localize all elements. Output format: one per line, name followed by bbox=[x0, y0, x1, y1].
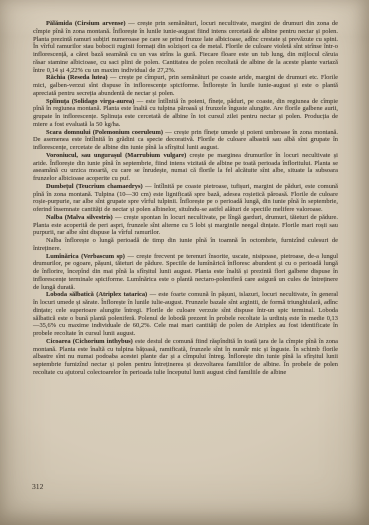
plant-paragraph: Splinuța (Solidago virga-aurea) — este î… bbox=[33, 98, 338, 129]
scanned-book-page: Pălămida (Cirsium arvense) — crește prin… bbox=[0, 0, 369, 525]
latin-name: (Atriplex tatarica) bbox=[96, 291, 147, 298]
plant-name: Voroniucul, sau ungurașul bbox=[46, 152, 122, 159]
latin-name: (Marrubium vulgare) bbox=[125, 152, 186, 159]
latin-name: (Teucrium chamaedrys) bbox=[76, 183, 143, 190]
plant-paragraph: Lumînărica (Verbascum sp) — crește frecv… bbox=[33, 253, 338, 292]
latin-name: (Malva silvestris) bbox=[65, 214, 113, 221]
paragraph-body: — crește prin semănături, locuri neculti… bbox=[33, 20, 338, 74]
text-column: Pălămida (Cirsium arvense) — crește prin… bbox=[33, 20, 338, 377]
latin-name: (Polemonium coeruleum) bbox=[93, 129, 163, 136]
continuation-paragraph: Nalba înflorește o lungă perioadă de tim… bbox=[33, 237, 338, 253]
plant-paragraph: Dumbețul (Teucrium chamaedrys) — întîlni… bbox=[33, 183, 338, 214]
plant-name: Lumînărica bbox=[46, 253, 79, 260]
plant-paragraph: Voroniucul, sau ungurașul (Marrubium vul… bbox=[33, 152, 338, 183]
plant-name: Răchia bbox=[46, 74, 65, 81]
paragraph-body: — crește frecvent pe terenuri însorite, … bbox=[33, 253, 338, 291]
plant-paragraph: Scara domnului (Polemonium coeruleum) — … bbox=[33, 129, 338, 152]
plant-paragraph: Nalba (Malva silvestris) — crește sponta… bbox=[33, 214, 338, 237]
page-number: 312 bbox=[32, 482, 43, 491]
plant-name: Scara domnului bbox=[46, 129, 91, 136]
plant-paragraph: Loboda sălbatică (Atriplex tatarica) — e… bbox=[33, 291, 338, 338]
plant-name: Dumbețul bbox=[46, 183, 74, 190]
plant-name: Splinuța bbox=[46, 98, 69, 105]
latin-name: (Cichorium inthybus) bbox=[73, 338, 133, 345]
plant-name: Pălămida bbox=[46, 20, 72, 27]
latin-name: (Verbascum sp) bbox=[81, 253, 125, 260]
paragraph-body: Nalba înflorește o lungă perioadă de tim… bbox=[33, 237, 338, 252]
latin-name: (Cirsium arvense) bbox=[75, 20, 126, 27]
latin-name: (Reseda lutea) bbox=[68, 74, 108, 81]
plant-name: Nalba bbox=[46, 214, 62, 221]
plant-paragraph: Răchia (Reseda lutea) — crește pe cîmpur… bbox=[33, 74, 338, 97]
plant-name: Cicoarea bbox=[46, 338, 71, 345]
plant-paragraph: Pălămida (Cirsium arvense) — crește prin… bbox=[33, 20, 338, 74]
latin-name: (Solidago virga-aurea) bbox=[72, 98, 134, 105]
plant-name: Loboda sălbatică bbox=[46, 291, 94, 298]
paragraph-body: — este foarte comună în pășuni, islazuri… bbox=[33, 291, 338, 337]
plant-paragraph: Cicoarea (Cichorium inthybus) este destu… bbox=[33, 338, 338, 377]
